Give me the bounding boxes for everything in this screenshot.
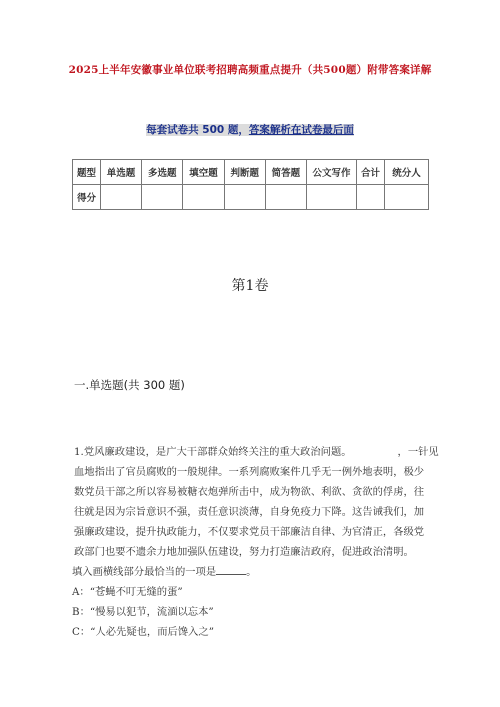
- header-short-answer: 简答题: [265, 160, 306, 185]
- header-question-type: 题型: [73, 160, 101, 185]
- subtitle-answer-note-link[interactable]: 答案解析在试卷最后面: [249, 124, 354, 136]
- question-line: 政部门也要不遗余力地加强队伍建设，努力打造廉洁政府，促进政治清明。: [74, 542, 434, 562]
- header-total: 合计: [357, 160, 385, 185]
- question-1: 1.党风廉政建设，是广大干部群众始终关注的重大政治问题。，一针见 血地指出了官员…: [74, 442, 434, 642]
- score-cell: [142, 185, 183, 210]
- prompt-end: 。: [246, 566, 256, 578]
- volume-title: 第1卷: [0, 275, 500, 295]
- score-cell: [224, 185, 265, 210]
- subtitle: 每套试卷共 500 题，答案解析在试卷最后面: [0, 122, 500, 137]
- score-table-header-row: 题型 单选题 多选题 填空题 判断题 简答题 公文写作 合计 统分人: [73, 160, 429, 185]
- question-text: ，一针见: [398, 446, 439, 458]
- score-table: 题型 单选题 多选题 填空题 判断题 简答题 公文写作 合计 统分人 得分: [72, 159, 429, 210]
- score-cell: [183, 185, 224, 210]
- question-line: 1.党风廉政建设，是广大干部群众始终关注的重大政治问题。，一针见: [74, 442, 434, 462]
- question-line: 数党员干部之所以容易被糖衣炮弹所击中，成为物欲、利欲、贪欲的俘虏，往: [74, 482, 434, 502]
- score-cell: [307, 185, 357, 210]
- question-line: 往就是因为宗旨意识不强，责任意识淡薄，自身免疫力下降。这告诫我们，加: [74, 502, 434, 522]
- section-title: 一.单选题(共 300 题): [74, 377, 185, 393]
- subtitle-question-count: 每套试卷共 500 题，: [146, 124, 249, 136]
- score-cell: [357, 185, 385, 210]
- header-scorer: 统分人: [385, 160, 429, 185]
- row-label-score: 得分: [73, 185, 101, 210]
- header-official-writing: 公文写作: [307, 160, 357, 185]
- option-a: A：“苍蝇不叮无缝的蛋”: [72, 582, 434, 602]
- option-c: C：“人必先疑也，而后馋入之”: [72, 622, 434, 642]
- score-cell: [100, 185, 141, 210]
- header-multiple-choice: 多选题: [142, 160, 183, 185]
- document-title: 2025上半年安徽事业单位联考招聘高频重点提升（共500题）附带答案详解: [0, 62, 500, 77]
- question-prompt: 填入画横线部分最恰当的一项是。: [72, 562, 434, 582]
- question-text: 1.党风廉政建设，是广大干部群众始终关注的重大政治问题。: [74, 446, 352, 458]
- header-single-choice: 单选题: [100, 160, 141, 185]
- header-true-false: 判断题: [224, 160, 265, 185]
- score-cell: [265, 185, 306, 210]
- question-line: 血地指出了官员腐败的一般规律。一系列腐败案件几乎无一例外地表明，极少: [74, 462, 434, 482]
- score-cell: [385, 185, 429, 210]
- prompt-text: 填入画横线部分最恰当的一项是: [72, 566, 216, 578]
- score-table-score-row: 得分: [73, 185, 429, 210]
- question-line: 强廉政建设，提升执政能力，不仅要求党员干部廉洁自律、为官清正，各级党: [74, 522, 434, 542]
- option-b: B：“慢易以犯节，流湎以忘本”: [72, 602, 434, 622]
- answer-blank: [216, 564, 246, 575]
- header-fill-blank: 填空题: [183, 160, 224, 185]
